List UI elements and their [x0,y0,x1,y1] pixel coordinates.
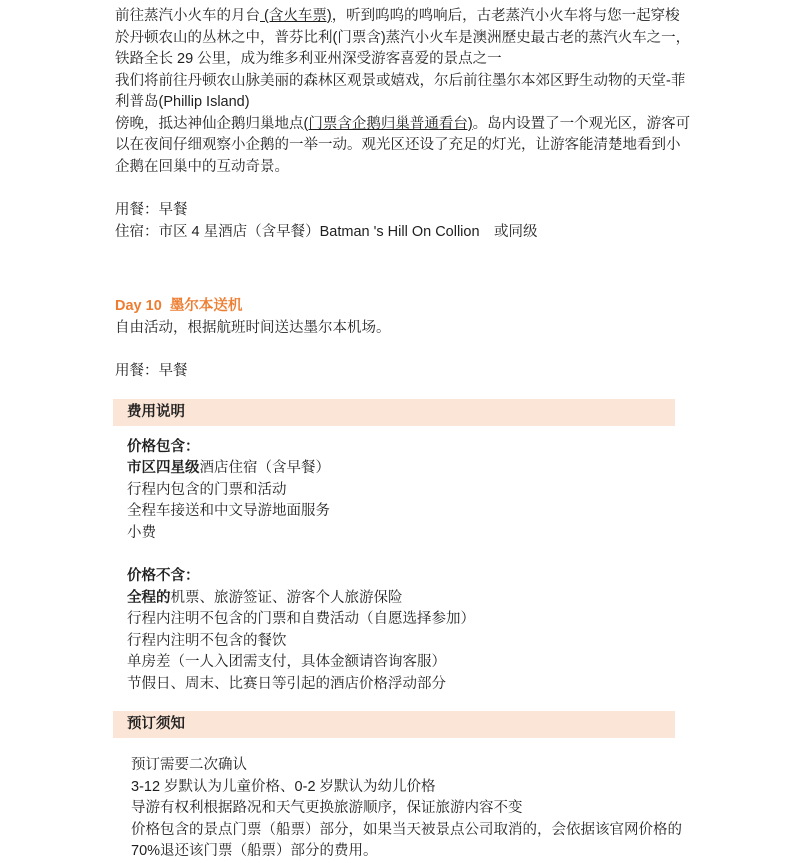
item-bold-text: 市区四星级 [127,460,200,476]
price-includes-heading: 价格包含： [127,437,693,459]
underlined-penguin-ticket-note: (门票含企鹅归巢普通看台) [304,116,473,132]
cost-section-banner: 费用说明 [113,399,675,426]
price-excludes-item: 行程内注明不包含的餐饮 [127,631,693,653]
booking-section-banner: 预订须知 [113,711,675,738]
day10-description: 自由活动，根据航班时间送达墨尔本机场。 [115,318,693,340]
paragraph-penguin: 傍晚，抵达神仙企鹅归巢地点(门票含企鹅归巢普通看台)。岛内设置了一个观光区，游客… [115,114,693,179]
day10-meals-info: 用餐：早餐 [115,361,693,383]
price-includes-item: 小费 [127,523,693,545]
day10-title: Day 10 墨尔本送机 [115,296,693,318]
document-page: 前往蒸汽小火车的月台 (含火车票)，听到呜呜的鸣响后，古老蒸汽小火车将与您一起穿… [115,6,693,856]
paragraph-text: 前往蒸汽小火车的月台 [115,8,260,24]
booking-note-item: 导游有权利根据路况和天气更换旅游顺序，保证旅游内容不变 [131,798,693,820]
price-includes-item: 市区四星级酒店住宿（含早餐） [127,458,693,480]
booking-note-item: 价格包含的景点门票（船票）部分，如果当天被景点公司取消的，会依据该官网价格的70… [131,820,693,857]
price-excludes-item: 全程的机票、旅游签证、游客个人旅游保险 [127,588,693,610]
paragraph-phillip-island: 我们将前往丹顿农山脉美丽的森林区观景或嬉戏，尔后前往墨尔本郊区野生动物的天堂-菲… [115,71,693,114]
paragraph-text: 傍晚，抵达神仙企鹅归巢地点 [115,116,304,132]
hotel-info: 住宿：市区 4 星酒店（含早餐）Batman 's Hill On Collio… [115,222,693,244]
price-excludes-heading: 价格不含： [127,566,693,588]
underlined-train-ticket-note: (含火车票) [260,8,332,24]
booking-note-item: 3-12 岁默认为儿童价格、0-2 岁默认为幼儿价格 [131,777,693,799]
price-includes-item: 行程内包含的门票和活动 [127,480,693,502]
item-text: 机票、旅游签证、游客个人旅游保险 [171,590,403,606]
booking-note-item: 预订需要二次确认 [131,755,693,777]
price-excludes-item: 行程内注明不包含的门票和自费活动（自愿选择参加） [127,609,693,631]
booking-section-content: 预订需要二次确认 3-12 岁默认为儿童价格、0-2 岁默认为幼儿价格 导游有权… [115,755,693,856]
paragraph-steam-train: 前往蒸汽小火车的月台 (含火车票)，听到呜呜的鸣响后，古老蒸汽小火车将与您一起穿… [115,6,693,71]
price-excludes-item: 节假日、周末、比赛日等引起的酒店价格浮动部分 [127,674,693,696]
meals-info: 用餐：早餐 [115,200,693,222]
item-bold-text: 全程的 [127,590,171,606]
price-includes-item: 全程车接送和中文导游地面服务 [127,501,693,523]
item-text: 酒店住宿（含早餐） [200,460,331,476]
price-excludes-item: 单房差（一人入团需支付，具体金额请咨询客服） [127,652,693,674]
cost-section-content: 价格包含： 市区四星级酒店住宿（含早餐） 行程内包含的门票和活动 全程车接送和中… [115,437,693,696]
